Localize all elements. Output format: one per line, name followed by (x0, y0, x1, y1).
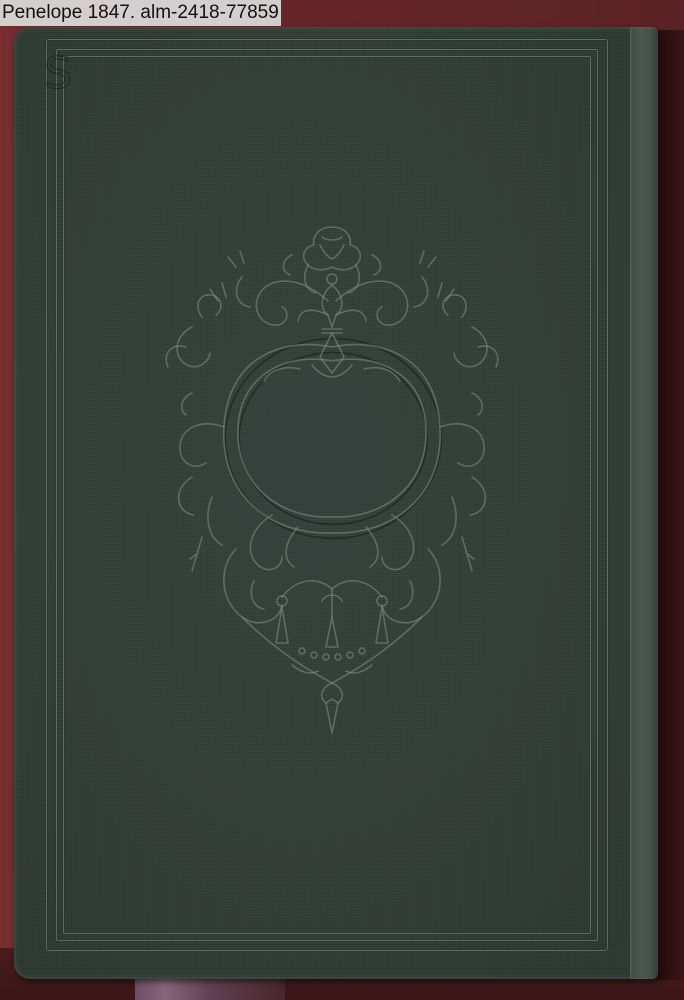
bottom-point (242, 617, 422, 733)
book-cover (14, 27, 658, 979)
image-caption-label: Penelope 1847. alm-2418-77859 (0, 0, 281, 26)
upper-scrolls (166, 251, 498, 367)
center-tassels (276, 581, 388, 660)
spine-ridge (630, 27, 658, 979)
central-cartouche-ornament (132, 197, 532, 737)
